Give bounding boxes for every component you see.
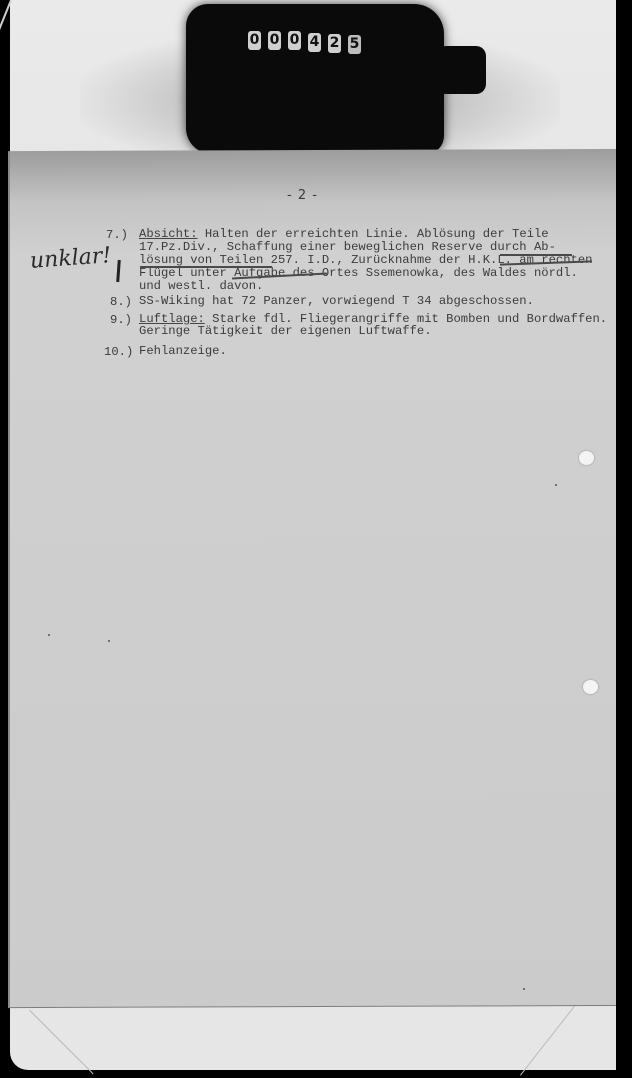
page-number: - 2 -	[287, 188, 318, 203]
item-number: 8.)	[110, 295, 132, 309]
counter-digit: 0	[248, 31, 261, 50]
frame-counter-digits: 0 0 0 4 2 5	[248, 31, 361, 54]
counter-digit: 4	[308, 33, 321, 52]
counter-digit: 5	[348, 35, 361, 54]
item-9-line-2: Geringe Tätigkeit der eigenen Luftwaffe.	[139, 325, 432, 338]
item-text: Halten der erreichten Linie. Ablösung de…	[198, 227, 549, 241]
item-number: 10.)	[104, 345, 133, 359]
pencil-underline	[500, 254, 572, 256]
item-number: 9.)	[110, 313, 132, 327]
punch-hole	[583, 680, 598, 694]
frame-counter-device	[186, 4, 444, 154]
speck	[555, 484, 557, 486]
counter-digit: 2	[328, 34, 341, 53]
frame-counter-knob	[436, 46, 486, 94]
punch-hole	[579, 451, 594, 465]
scan-border	[616, 0, 632, 1078]
speck	[523, 988, 525, 990]
item-10-line-1: Fehlanzeige.	[139, 345, 227, 358]
pencil-underline	[140, 266, 272, 268]
speck	[48, 634, 50, 636]
counter-digit: 0	[268, 31, 281, 50]
item-7-line-5: und westl. davon.	[139, 280, 263, 293]
item-number: 7.)	[106, 228, 128, 242]
counter-digit: 0	[288, 31, 301, 50]
item-heading: Absicht:	[139, 227, 198, 241]
item-8-line-1: SS-Wiking hat 72 Panzer, vorwiegend T 34…	[139, 295, 534, 308]
speck	[108, 640, 110, 642]
